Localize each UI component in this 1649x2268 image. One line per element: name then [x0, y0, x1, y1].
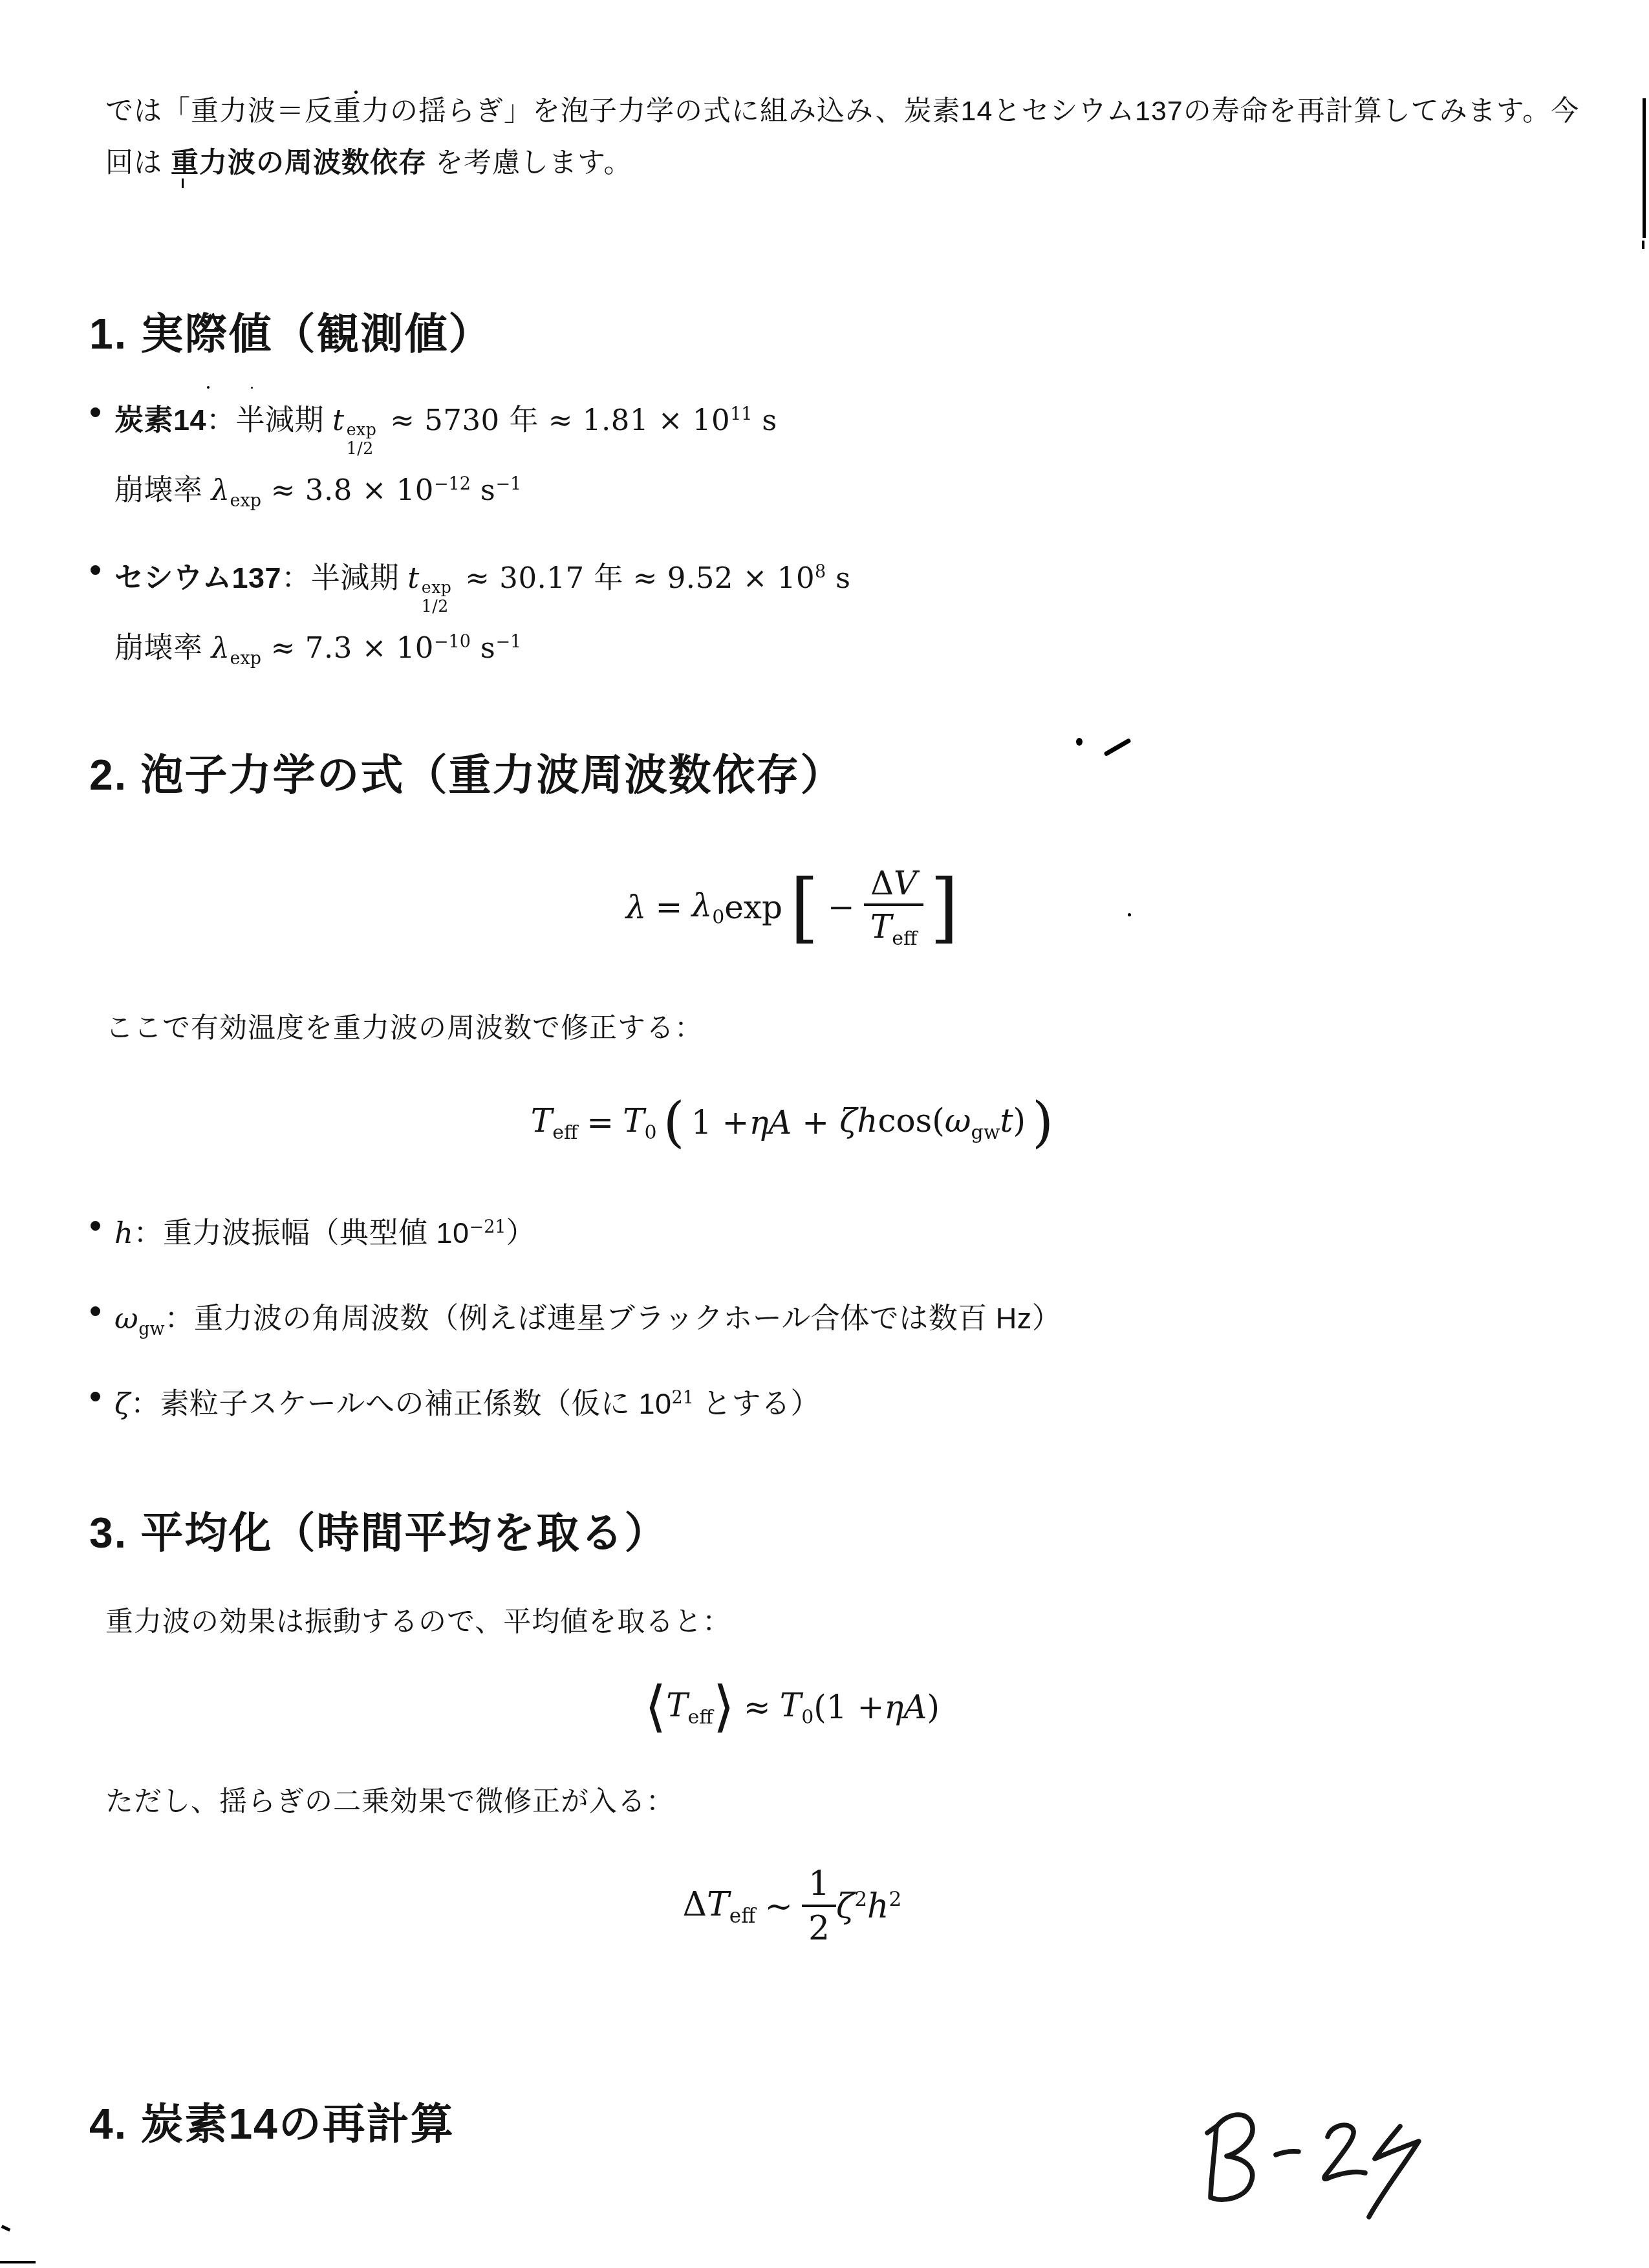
zeta-parameter-item: ζ：素粒子スケールへの補正係数（仮に 1021 とする）	[91, 1375, 1061, 1438]
scan-speck	[182, 178, 184, 188]
isotope-name: セシウム137	[114, 561, 281, 594]
scan-speck	[207, 386, 210, 389]
section-3-heading: 3. 平均化（時間平均を取る）	[89, 1509, 668, 1557]
bullet-icon	[91, 1392, 100, 1401]
observed-values-list: 炭素14：半減期 texp1/2 ≈ 5730 年 ≈ 1.81 × 1011 …	[91, 388, 851, 704]
h-parameter-item: h：重力波振幅（典型値 10−21）	[91, 1204, 1061, 1268]
one-half-fraction: 1 2	[802, 1865, 836, 1947]
handwritten-page-label	[1200, 2103, 1432, 2226]
intro-paragraph: では「重力波＝反重力の揺らぎ」を泡子力学の式に組み込み、炭素14とセシウム137…	[105, 85, 1583, 189]
scan-pen-slash	[1103, 738, 1131, 757]
scan-edge-tick	[1642, 241, 1644, 249]
cesium137-halflife-line: セシウム137：半減期 texp1/2 ≈ 30.17 年 ≈ 9.52 × 1…	[114, 546, 851, 616]
scan-speck	[354, 91, 358, 94]
delta-v-over-teff: ΔV Teff	[864, 865, 923, 950]
section-4-heading: 4. 炭素14の再計算	[89, 2101, 455, 2148]
scanned-document-page: では「重力波＝反重力の揺らぎ」を泡子力学の式に組み込み、炭素14とセシウム137…	[0, 0, 1649, 2268]
scan-edge-line	[1643, 98, 1646, 238]
t-half-supsub: exp1/2	[422, 579, 452, 615]
averaged-temperature-formula: ⟨ Teff ⟩ ≈ T0 (1 + ηA )	[48, 1685, 1536, 1729]
carbon14-halflife-line: 炭素14：半減期 texp1/2 ≈ 5730 年 ≈ 1.81 × 1011 …	[114, 388, 777, 458]
omega-parameter-item: ωgw：重力波の角周波数（例えば連星ブラックホール合体では数百 Hz）	[91, 1290, 1061, 1353]
t-half-supsub: exp1/2	[347, 421, 377, 457]
bullet-icon	[91, 407, 100, 417]
averaging-text: 重力波の効果は振動するので、平均値を取ると：	[105, 1600, 731, 1639]
intro-text-after: を考慮します。	[427, 147, 632, 178]
handwritten-B-bumps	[1212, 2115, 1253, 2199]
carbon14-decay-line: 崩壊率 λexp ≈ 3.8 × 10−12 s−1	[114, 458, 777, 528]
scan-corner-mark	[1, 2225, 11, 2231]
handwritten-digit-2	[1324, 2125, 1365, 2179]
handwritten-digit-5	[1369, 2126, 1419, 2217]
correction-text: ただし、揺らぎの二乗効果で微修正が入る：	[105, 1780, 674, 1819]
carbon14-list-item: 炭素14：半減期 texp1/2 ≈ 5730 年 ≈ 1.81 × 1011 …	[91, 388, 851, 528]
cesium137-decay-line: 崩壊率 λexp ≈ 7.3 × 10−10 s−1	[114, 616, 851, 686]
modify-temperature-text: ここで有効温度を重力波の周波数で修正する：	[105, 1006, 703, 1046]
decay-rate-formula: λ = λ0 exp [ − ΔV Teff ]	[48, 865, 1536, 950]
handwritten-dash	[1276, 2152, 1299, 2155]
temperature-correction-formula: ΔTeff ~ 1 2 ζ2h2	[48, 1865, 1536, 1947]
scan-bottom-mark	[0, 2261, 36, 2263]
scan-ink-speck	[1076, 738, 1083, 746]
section-1-heading: 1. 実際値（観測値）	[89, 310, 492, 358]
parameter-list: h：重力波振幅（典型値 10−21） ωgw：重力波の角周波数（例えば連星ブラッ…	[91, 1204, 1061, 1460]
cesium137-list-item: セシウム137：半減期 texp1/2 ≈ 30.17 年 ≈ 9.52 × 1…	[91, 546, 851, 686]
scan-speck	[1128, 913, 1131, 916]
intro-bold-text: 重力波の周波数依存	[171, 147, 427, 178]
bullet-icon	[91, 1306, 100, 1316]
scan-speck	[251, 387, 253, 389]
bullet-icon	[91, 1221, 100, 1231]
section-2-heading: 2. 泡子力学の式（重力波周波数依存）	[89, 751, 844, 799]
isotope-name: 炭素14	[114, 404, 206, 437]
bullet-icon	[91, 565, 100, 575]
handwritten-B-stem	[1207, 2126, 1216, 2198]
effective-temperature-formula: Teff = T0 ( 1 + ηA + ζhcos(ωgwt) )	[48, 1101, 1536, 1145]
